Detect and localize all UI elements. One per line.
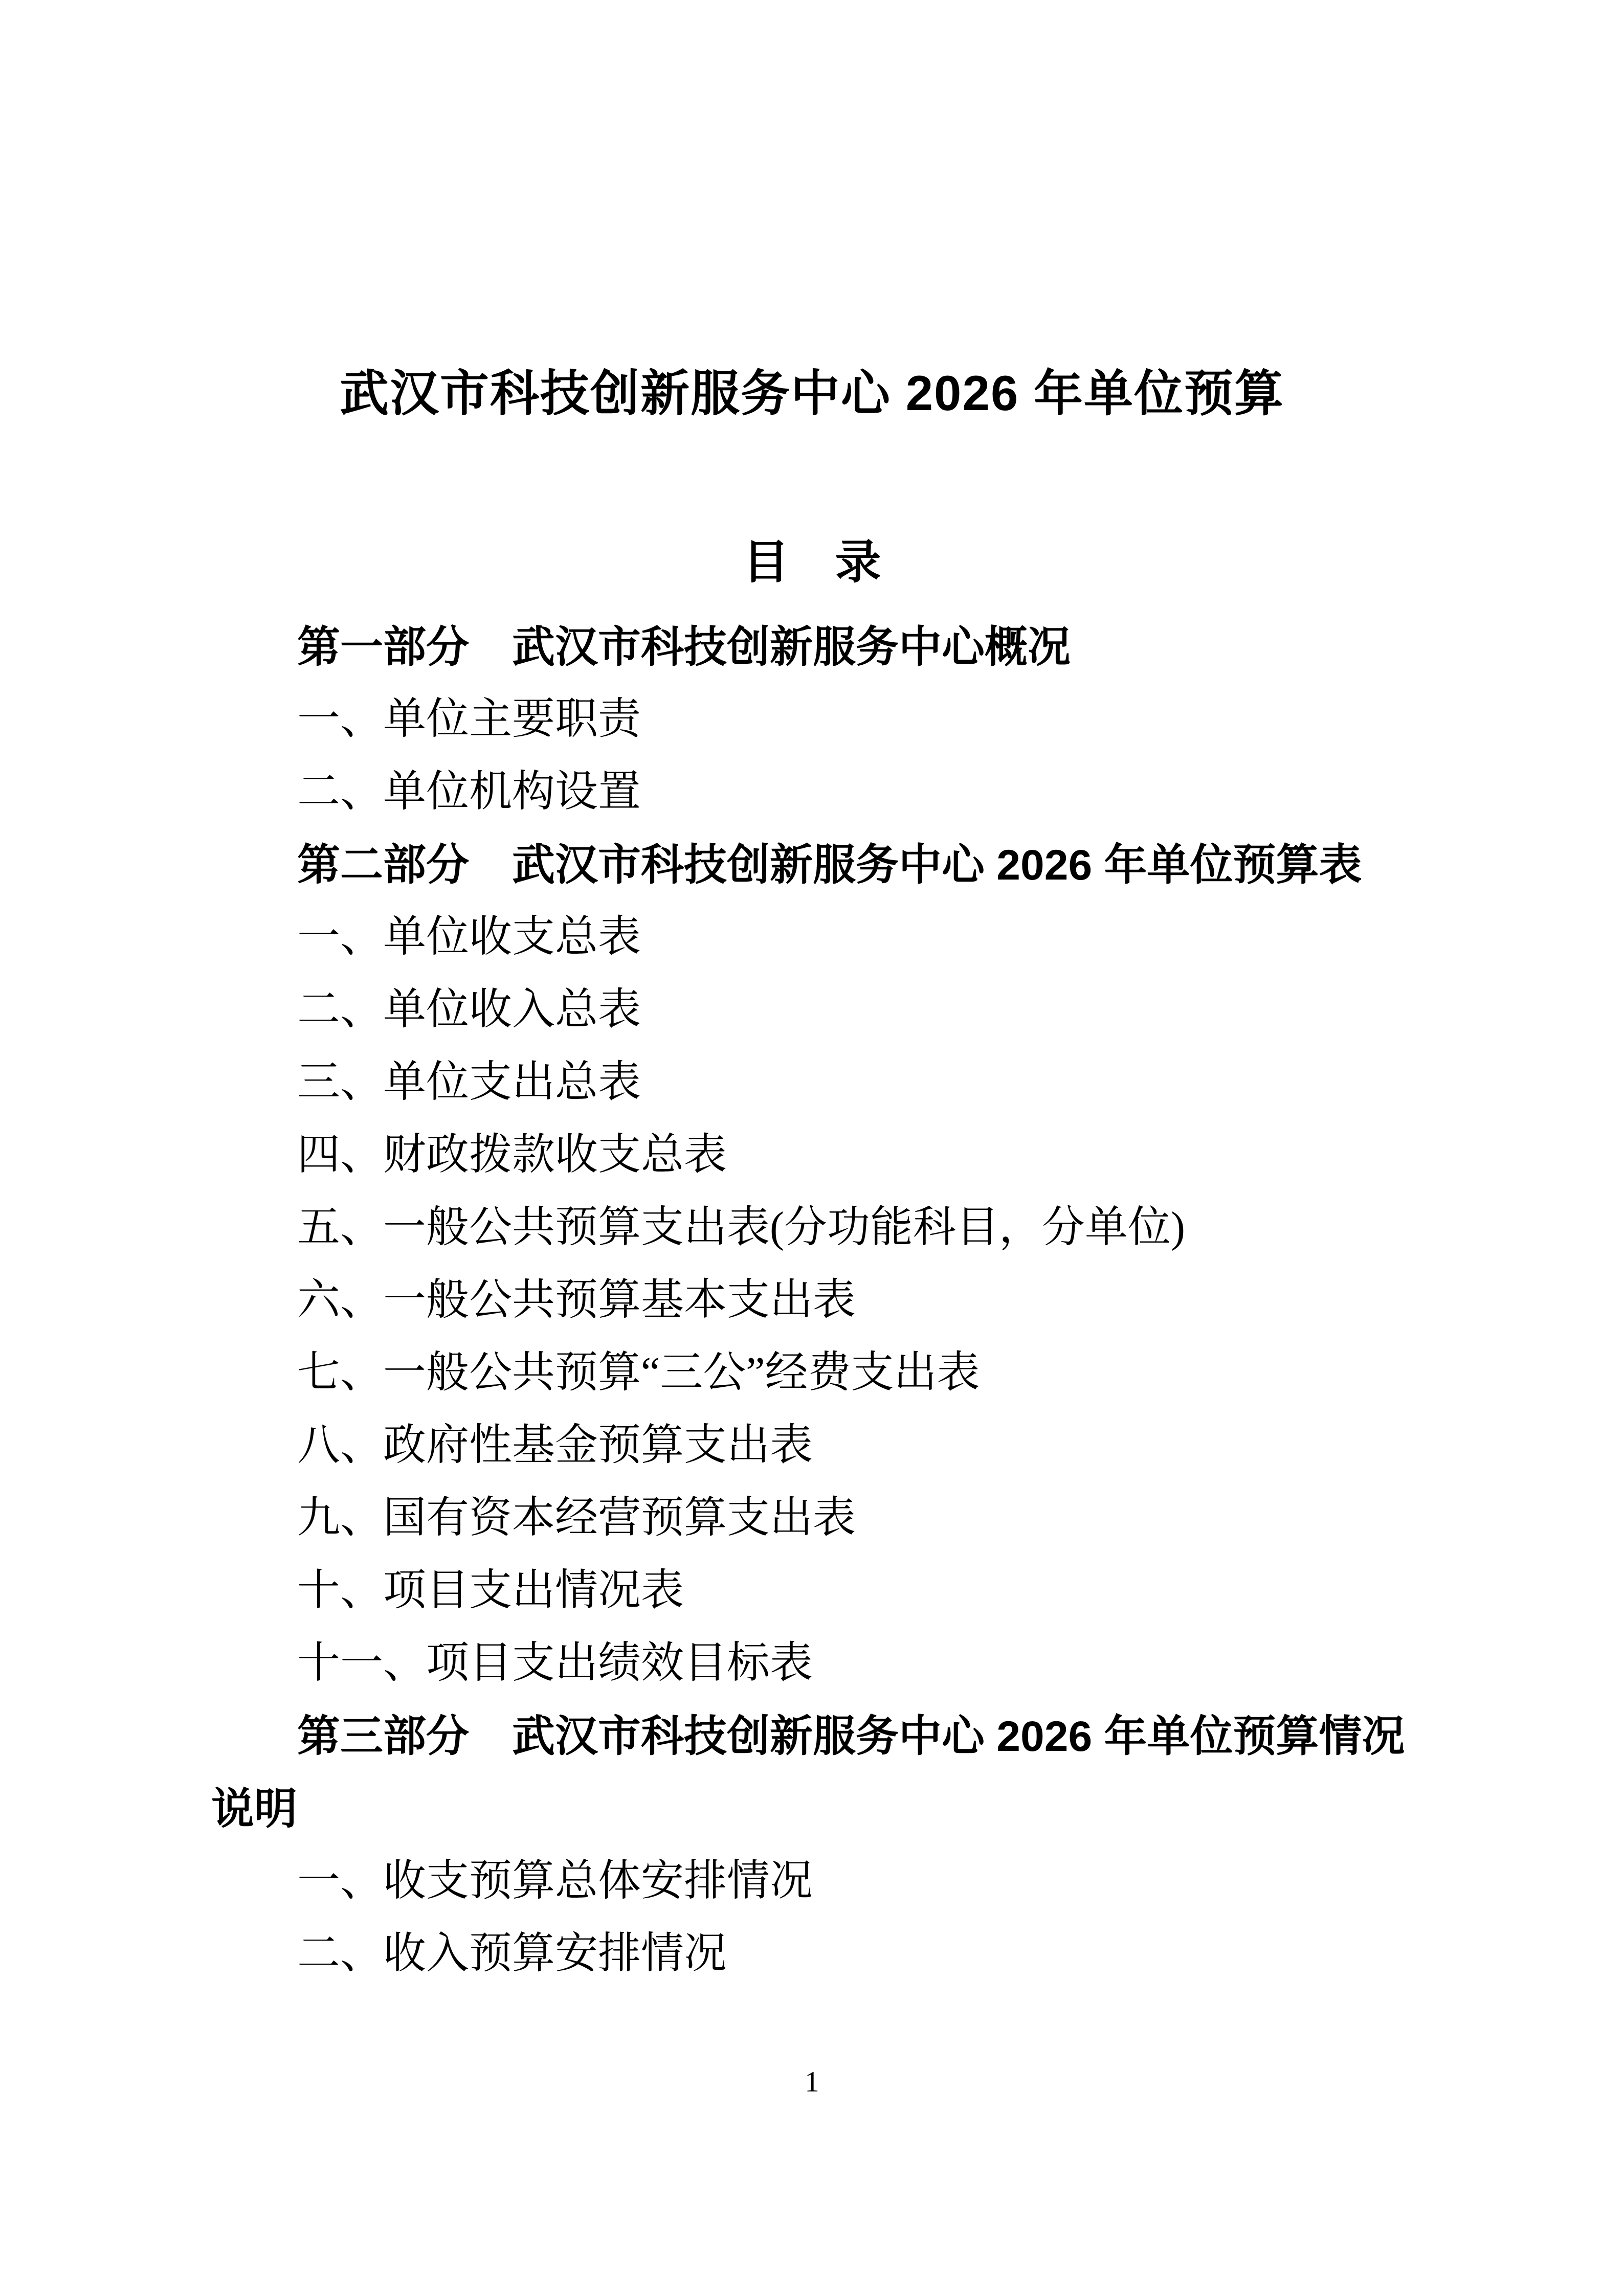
toc-part2-item-3: 三、单位支出总表: [211, 1046, 1413, 1119]
document-page: 武汉市科技创新服务中心 2026 年单位预算 目 录 第一部分 武汉市科技创新服…: [0, 0, 1624, 2296]
document-title: 武汉市科技创新服务中心 2026 年单位预算: [0, 354, 1624, 424]
toc-part2-item-9: 九、国有资本经营预算支出表: [211, 1482, 1413, 1555]
toc-part1-heading: 第一部分 武汉市科技创新服务中心概况: [211, 611, 1413, 683]
page-number: 1: [0, 2066, 1624, 2099]
toc-part2-item-4: 四、财政拨款收支总表: [211, 1119, 1413, 1191]
toc-part2-item-10: 十、项目支出情况表: [211, 1555, 1413, 1627]
toc-part2-item-7: 七、一般公共预算“三公”经费支出表: [211, 1337, 1413, 1409]
toc-part2-item-1: 一、单位收支总表: [211, 901, 1413, 974]
toc-part2-item-5: 五、一般公共预算支出表(分功能科目，分单位): [211, 1191, 1413, 1264]
toc-part1-item-1: 一、单位主要职责: [211, 683, 1413, 756]
toc-part3-heading-line1: 第三部分 武汉市科技创新服务中心 2026 年单位预算情况: [211, 1700, 1413, 1772]
toc-part3-heading-line2: 说明: [211, 1772, 1413, 1845]
toc-part2-item-11: 十一、项目支出绩效目标表: [211, 1627, 1413, 1700]
toc-part2-item-8: 八、政府性基金预算支出表: [211, 1409, 1413, 1482]
toc-part2-heading: 第二部分 武汉市科技创新服务中心 2026 年单位预算表: [211, 828, 1413, 901]
toc-part1-item-2: 二、单位机构设置: [211, 756, 1413, 828]
toc-part2-item-6: 六、一般公共预算基本支出表: [211, 1264, 1413, 1337]
toc-part3-item-2: 二、收入预算安排情况: [211, 1918, 1413, 1990]
toc-part2-item-2: 二、单位收入总表: [211, 974, 1413, 1046]
table-of-contents: 第一部分 武汉市科技创新服务中心概况 一、单位主要职责 二、单位机构设置 第二部…: [211, 611, 1413, 1990]
toc-part3-item-1: 一、收支预算总体安排情况: [211, 1845, 1413, 1918]
toc-heading: 目 录: [0, 525, 1624, 591]
